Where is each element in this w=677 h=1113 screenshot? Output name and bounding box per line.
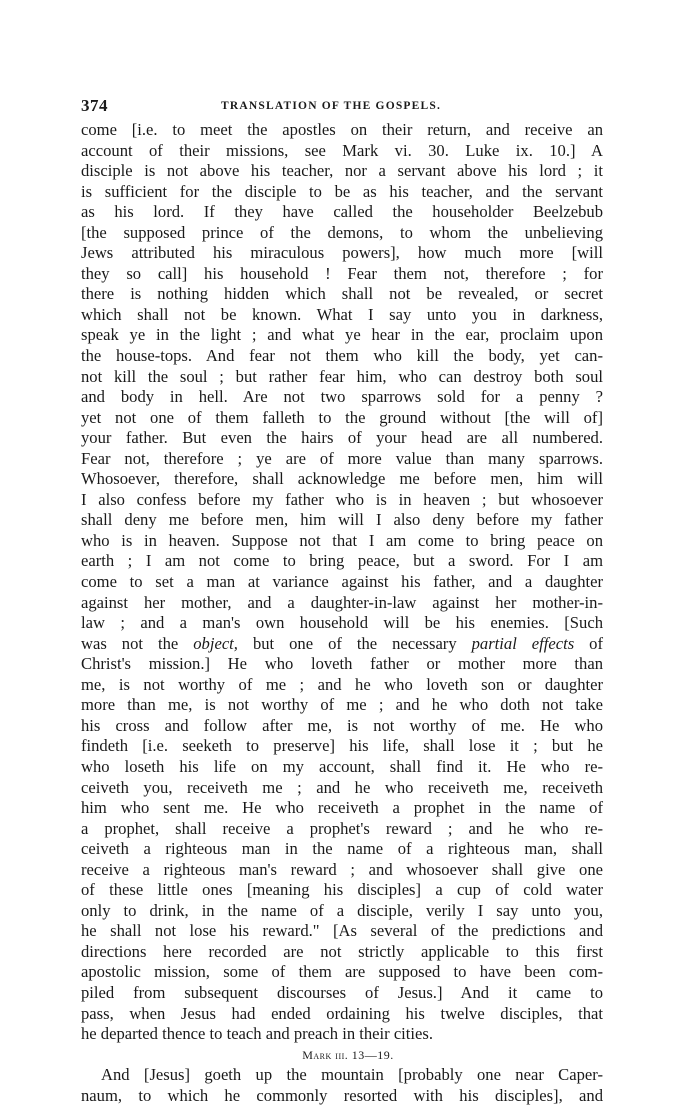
text-line: him who sent me. He who receiveth a prop… [81, 798, 603, 819]
text-line: there is nothing hidden which shall not … [81, 284, 603, 305]
text-line: come to set a man at variance against hi… [81, 572, 603, 593]
page-number: 374 [81, 96, 108, 116]
italic-object: object, [193, 634, 238, 653]
text-line: Christ's mission.] He who loveth father … [81, 654, 603, 675]
text-line: findeth [i.e. seeketh to preserve] his l… [81, 736, 603, 757]
text-line: speak ye in the light ; and what ye hear… [81, 325, 603, 346]
text-line: ceiveth you, receiveth me ; and he who r… [81, 778, 603, 799]
text-line: pass, when Jesus had ended ordaining his… [81, 1004, 603, 1025]
body-text: come [i.e. to meet the apostles on their… [81, 120, 603, 1045]
text-span: but one of the necessary [238, 634, 472, 653]
text-line: I also confess before my father who is i… [81, 490, 603, 511]
text-line: account of their missions, see Mark vi. … [81, 141, 603, 162]
text-line: disciple is not above his teacher, nor a… [81, 161, 603, 182]
section-text: And [Jesus] goeth up the mountain [proba… [81, 1065, 603, 1106]
text-line: a prophet, shall receive a prophet's rew… [81, 819, 603, 840]
text-line: of these little ones [meaning his discip… [81, 880, 603, 901]
text-line: Jews attributed his miraculous powers], … [81, 243, 603, 264]
running-head: TRANSLATION OF THE GOSPELS. [221, 100, 441, 112]
text-line: piled from subsequent discourses of Jesu… [81, 983, 603, 1004]
text-line: apostolic mission, some of them are supp… [81, 962, 603, 983]
text-line: [the supposed prince of the demons, to w… [81, 223, 603, 244]
text-line: not kill the soul ; but rather fear him,… [81, 367, 603, 388]
text-line: come [i.e. to meet the apostles on their… [81, 120, 603, 141]
text-line: he departed thence to teach and preach i… [81, 1024, 603, 1045]
text-line: who loseth his life on my account, shall… [81, 757, 603, 778]
text-line: who is in heaven. Suppose not that I am … [81, 531, 603, 552]
text-span: was not the [81, 634, 193, 653]
page-header: 374 TRANSLATION OF THE GOSPELS. [81, 96, 603, 120]
text-line: more than me, is not worthy of me ; and … [81, 695, 603, 716]
text-line: is sufficient for the disciple to be as … [81, 182, 603, 203]
text-line: they so call] his household ! Fear them … [81, 264, 603, 285]
text-line: your father. But even the hairs of your … [81, 428, 603, 449]
text-line: naum, to which he commonly resorted with… [81, 1086, 603, 1107]
text-line: only to drink, in the name of a disciple… [81, 901, 603, 922]
book-page: 374 TRANSLATION OF THE GOSPELS. come [i.… [81, 96, 603, 1106]
text-line-with-italics: was not the object, but one of the neces… [81, 634, 603, 655]
text-line: against her mother, and a daughter-in-la… [81, 593, 603, 614]
text-line: his cross and follow after me, is not wo… [81, 716, 603, 737]
text-line: yet not one of them falleth to the groun… [81, 408, 603, 429]
section-heading: Mark iii. 13—19. [81, 1045, 603, 1066]
text-line: ceiveth a righteous man in the name of a… [81, 839, 603, 860]
italic-partial-effects: partial effects [472, 634, 575, 653]
text-line: And [Jesus] goeth up the mountain [proba… [81, 1065, 603, 1086]
text-line: he shall not lose his reward." [As sever… [81, 921, 603, 942]
text-line: earth ; I am not come to bring peace, bu… [81, 551, 603, 572]
text-line: receive a righteous man's reward ; and w… [81, 860, 603, 881]
text-line: and body in hell. Are not two sparrows s… [81, 387, 603, 408]
text-line: directions here recorded are not strictl… [81, 942, 603, 963]
text-line: me, is not worthy of me ; and he who lov… [81, 675, 603, 696]
text-line: as his lord. If they have called the hou… [81, 202, 603, 223]
text-line: shall deny me before men, him will I als… [81, 510, 603, 531]
text-line: Whosoever, therefore, shall acknowledge … [81, 469, 603, 490]
text-line: which shall not be known. What I say unt… [81, 305, 603, 326]
text-line: Fear not, therefore ; ye are of more val… [81, 449, 603, 470]
text-line: the house-tops. And fear not them who ki… [81, 346, 603, 367]
text-line: law ; and a man's own household will be … [81, 613, 603, 634]
text-span: of [574, 634, 603, 653]
